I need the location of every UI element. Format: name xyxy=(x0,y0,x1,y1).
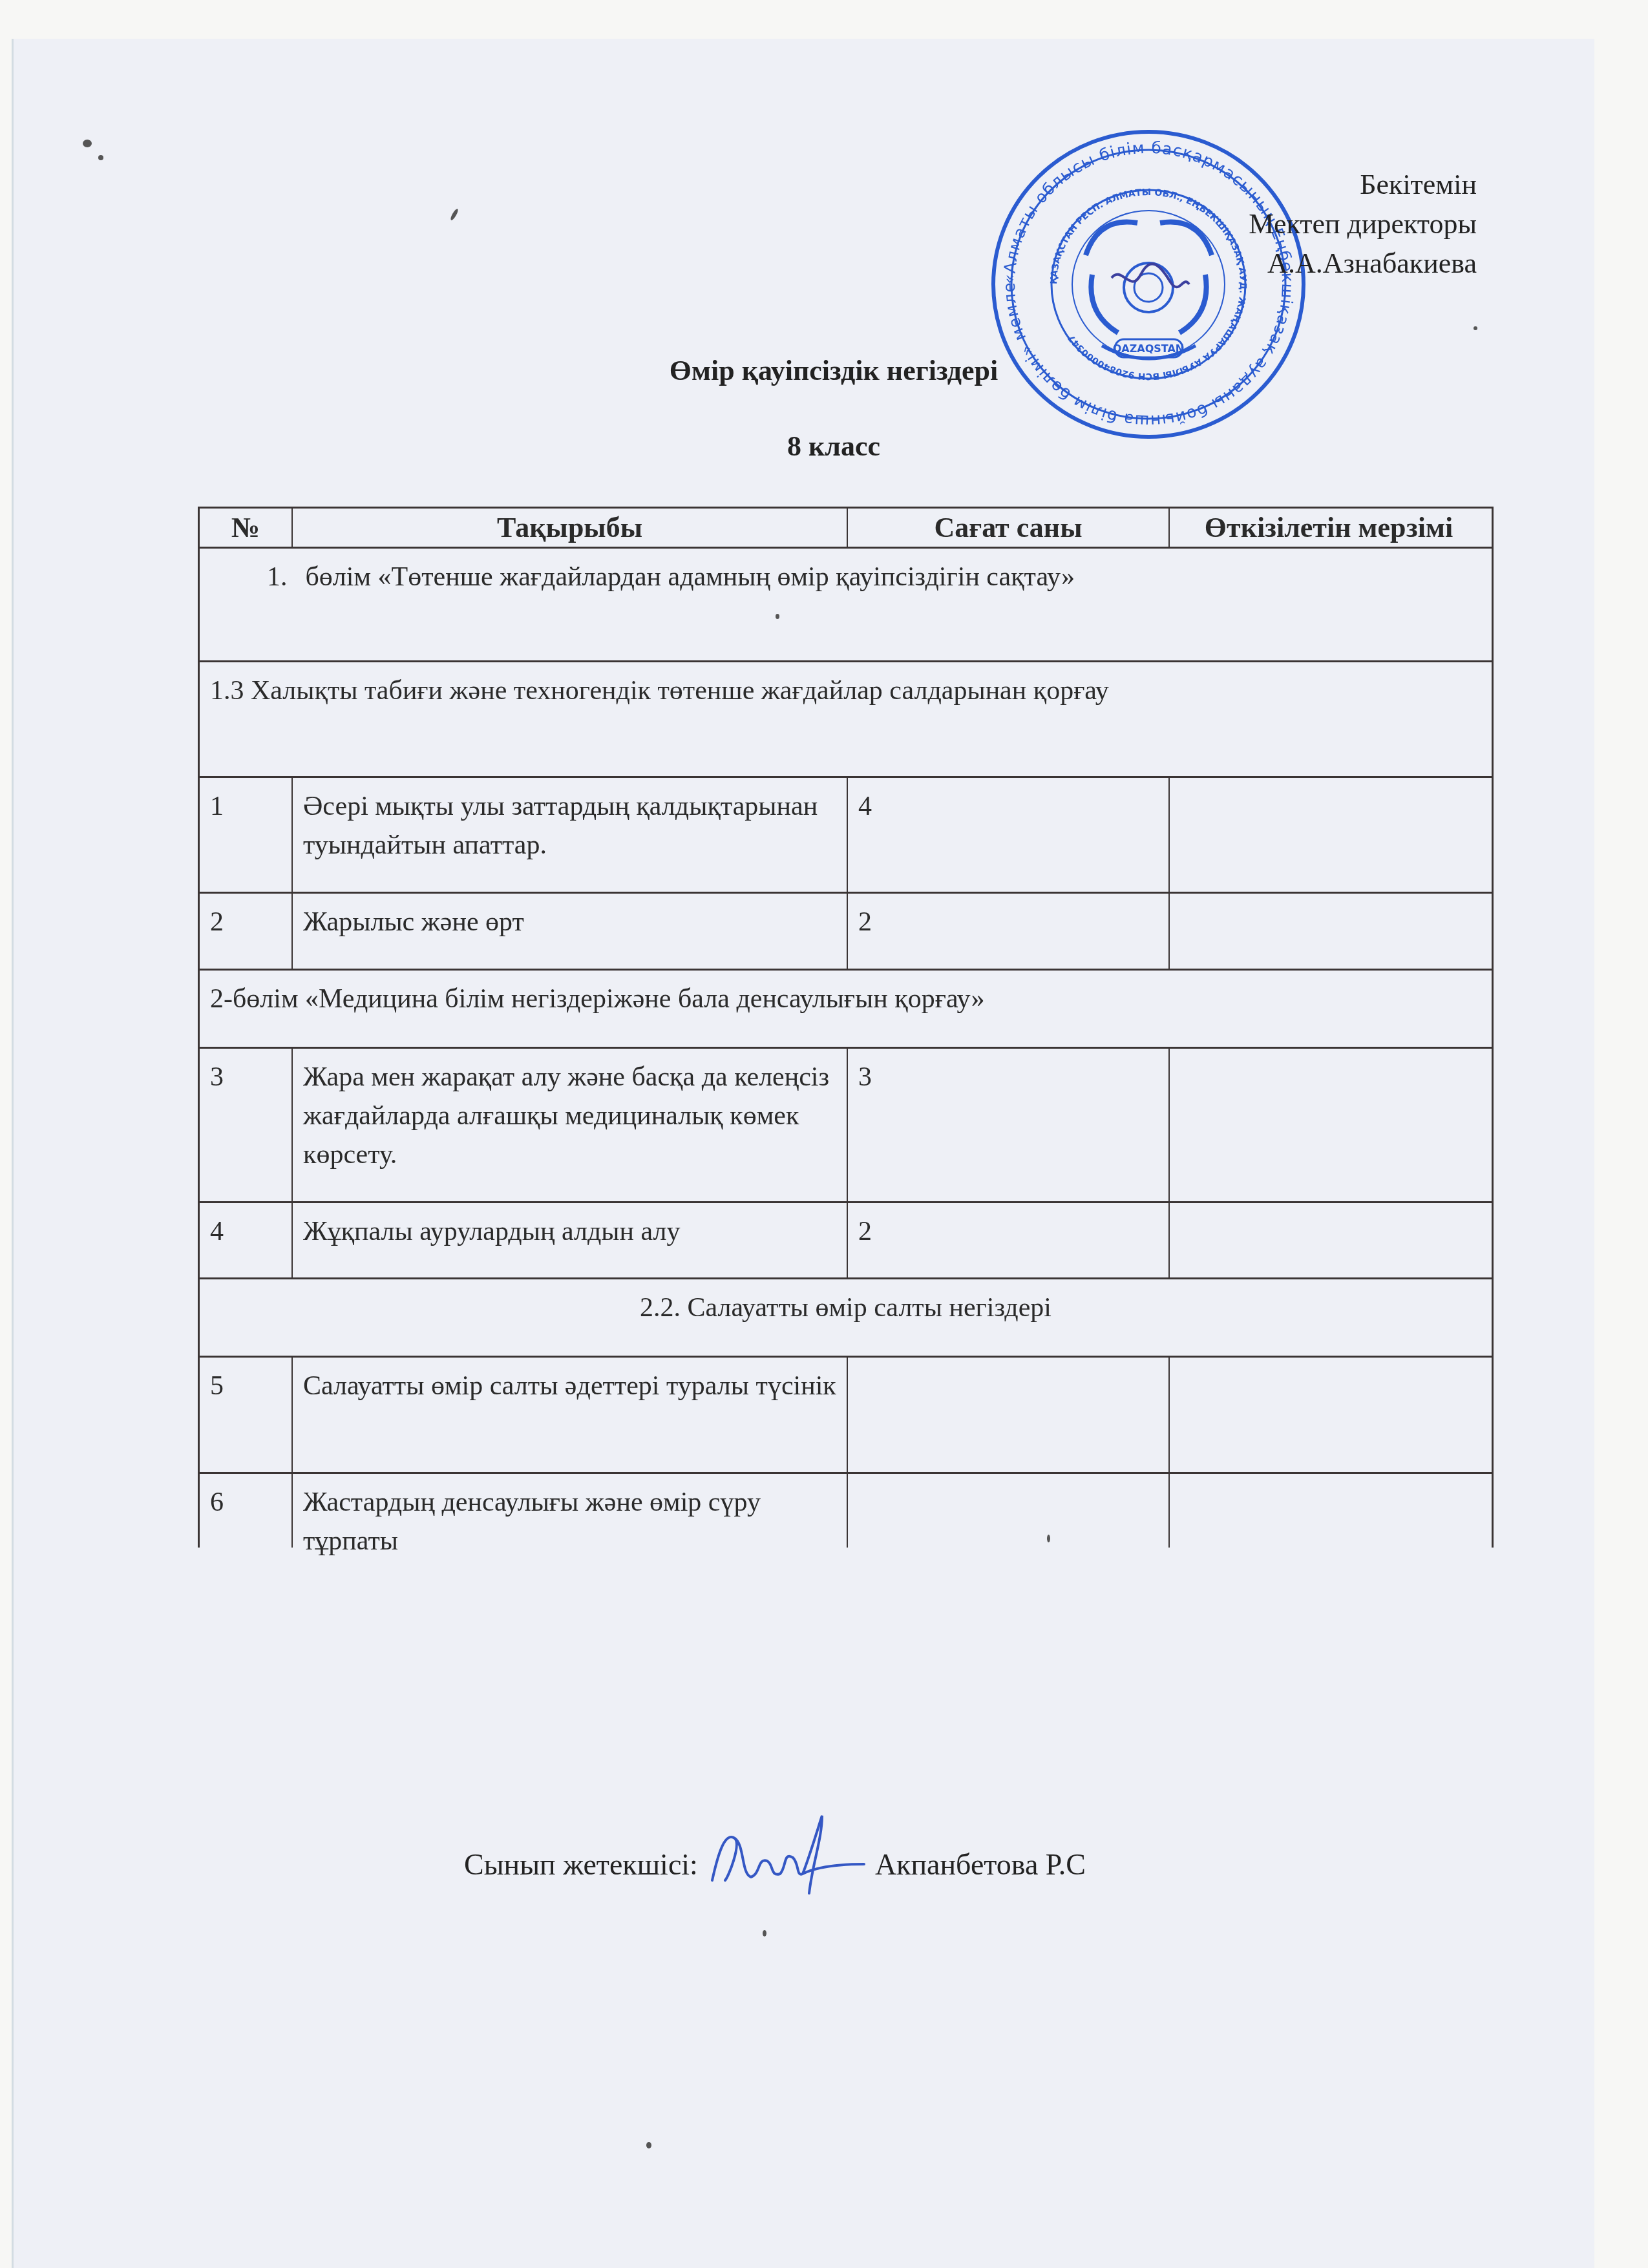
row-hours xyxy=(847,1474,1168,1548)
approver-position: Мектеп директоры xyxy=(1249,204,1477,244)
row-topic: Салауатты өмір салты әдеттері туралы түс… xyxy=(291,1358,847,1472)
row-number: 5 xyxy=(200,1358,291,1472)
class-teacher-name: Акпанбетова Р.С xyxy=(875,1847,1086,1882)
grade-label: 8 класс xyxy=(0,430,1648,463)
row-date xyxy=(1168,778,1488,892)
header-number: № xyxy=(200,509,291,547)
section-row: 2-бөлім «Медицина білім негіздеріжәне ба… xyxy=(200,969,1492,1047)
row-date xyxy=(1168,894,1488,969)
row-hours: 2 xyxy=(847,894,1168,969)
row-date xyxy=(1168,1049,1488,1201)
class-teacher-signature-line: Сынып жетекшісі: Акпанбетова Р.С xyxy=(464,1832,1086,1896)
svg-text:QAZAQSTAN: QAZAQSTAN xyxy=(1113,342,1185,355)
row-topic: Жастардың денсаулығы және өмір сүру тұрп… xyxy=(291,1474,847,1548)
header-topic: Тақырыбы xyxy=(291,509,847,547)
scan-speck xyxy=(763,1930,766,1937)
row-hours: 4 xyxy=(847,778,1168,892)
row-date xyxy=(1168,1203,1488,1277)
row-date xyxy=(1168,1358,1488,1472)
section-row: 1.бөлім «Төтенше жағдайлардан адамның өм… xyxy=(200,547,1492,660)
section-row: 2.2. Салауатты өмір салты негіздері xyxy=(200,1277,1492,1356)
table-row: 5 Салауатты өмір салты әдеттері туралы т… xyxy=(200,1356,1492,1472)
header-date: Өткізілетін мерзімі xyxy=(1168,509,1488,547)
scan-speck xyxy=(646,2142,651,2148)
row-topic: Әсері мықты улы заттардың қалдықтарынан … xyxy=(291,778,847,892)
row-topic: Жара мен жарақат алу және басқа да келең… xyxy=(291,1049,847,1201)
table-row: 6 Жастардың денсаулығы және өмір сүру тұ… xyxy=(200,1472,1492,1548)
curriculum-table: № Тақырыбы Сағат саны Өткізілетін мерзім… xyxy=(198,507,1494,1548)
table-row: 4 Жұқпалы аурулардың алдын алу 2 xyxy=(200,1201,1492,1277)
section-title: 2-бөлім «Медицина білім негіздеріжәне ба… xyxy=(200,971,1492,1047)
table-header-row: № Тақырыбы Сағат саны Өткізілетін мерзім… xyxy=(200,507,1492,547)
section-title: 2.2. Салауатты өмір салты негіздері xyxy=(200,1279,1492,1356)
table-row: 3 Жара мен жарақат алу және басқа да кел… xyxy=(200,1047,1492,1201)
header-hours: Сағат саны xyxy=(847,509,1168,547)
document-title: Өмір қауіпсіздік негіздері xyxy=(0,354,1648,387)
section-number: 1. xyxy=(267,558,288,596)
section-row: 1.3 Халықты табиғи және техногендік төте… xyxy=(200,660,1492,776)
approval-label: Бекітемін xyxy=(1249,165,1477,204)
row-number: 6 xyxy=(200,1474,291,1548)
row-number: 2 xyxy=(200,894,291,969)
class-teacher-label: Сынып жетекшісі: xyxy=(464,1847,698,1882)
row-number: 3 xyxy=(200,1049,291,1201)
scan-speck xyxy=(83,140,92,147)
row-topic: Жұқпалы аурулардың алдын алу xyxy=(291,1203,847,1277)
row-hours: 2 xyxy=(847,1203,1168,1277)
table-row: 1 Әсері мықты улы заттардың қалдықтарына… xyxy=(200,776,1492,892)
section-title: 1.бөлім «Төтенше жағдайлардан адамның өм… xyxy=(200,549,1492,660)
scan-speck xyxy=(98,155,103,160)
handwritten-signature xyxy=(706,1812,867,1896)
row-hours xyxy=(847,1358,1168,1472)
section-title: 1.3 Халықты табиғи және техногендік төте… xyxy=(200,662,1492,776)
row-date xyxy=(1168,1474,1488,1548)
row-hours: 3 xyxy=(847,1049,1168,1201)
row-number: 1 xyxy=(200,778,291,892)
scan-speck xyxy=(1474,326,1477,330)
section-text: бөлім «Төтенше жағдайлардан адамның өмір… xyxy=(306,562,1075,592)
row-number: 4 xyxy=(200,1203,291,1277)
approval-block: Бекітемін Мектеп директоры А.А.Азнабакие… xyxy=(1249,165,1477,283)
row-topic: Жарылыс және өрт xyxy=(291,894,847,969)
table-row: 2 Жарылыс және өрт 2 xyxy=(200,892,1492,969)
approver-name: А.А.Азнабакиева xyxy=(1249,244,1477,283)
